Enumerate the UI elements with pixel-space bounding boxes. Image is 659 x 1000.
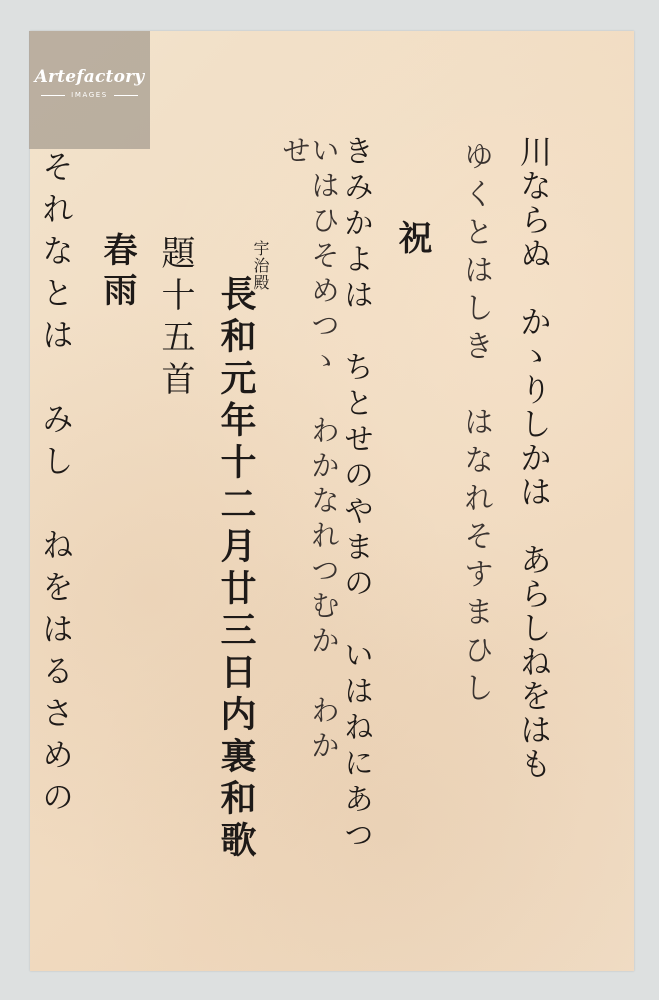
poem-column-1: 川ならぬ かゝりしかは あらしねをはも bbox=[518, 135, 550, 915]
poem-column-9: それなとは みし ねをはるさめの bbox=[40, 150, 72, 910]
watermark-brand: Artefactory bbox=[35, 67, 145, 87]
poem-column-4: きみかよは ちとせのやまの いはねにあつ bbox=[340, 135, 370, 895]
poem-column-2: ゆくとはしき はなれそすまひし bbox=[460, 140, 490, 760]
watermark-rule-right bbox=[114, 95, 138, 96]
watermark-sub-row: IMAGES bbox=[41, 91, 138, 99]
topic-heading-celebration: 祝 bbox=[395, 220, 429, 258]
artefactory-watermark: Artefactory IMAGES bbox=[29, 31, 150, 149]
date-heading: 長和元年十二月廿三日内裏和歌 bbox=[218, 275, 254, 863]
poem-column-5: いはひそめつゝ わかなれつむか わかせ bbox=[280, 135, 338, 775]
title-fifteen-poems: 題十五首 bbox=[158, 235, 192, 403]
topic-heading-spring-rain: 春雨 bbox=[100, 232, 134, 312]
watermark-sub: IMAGES bbox=[71, 91, 108, 99]
watermark-rule-left bbox=[41, 95, 65, 96]
